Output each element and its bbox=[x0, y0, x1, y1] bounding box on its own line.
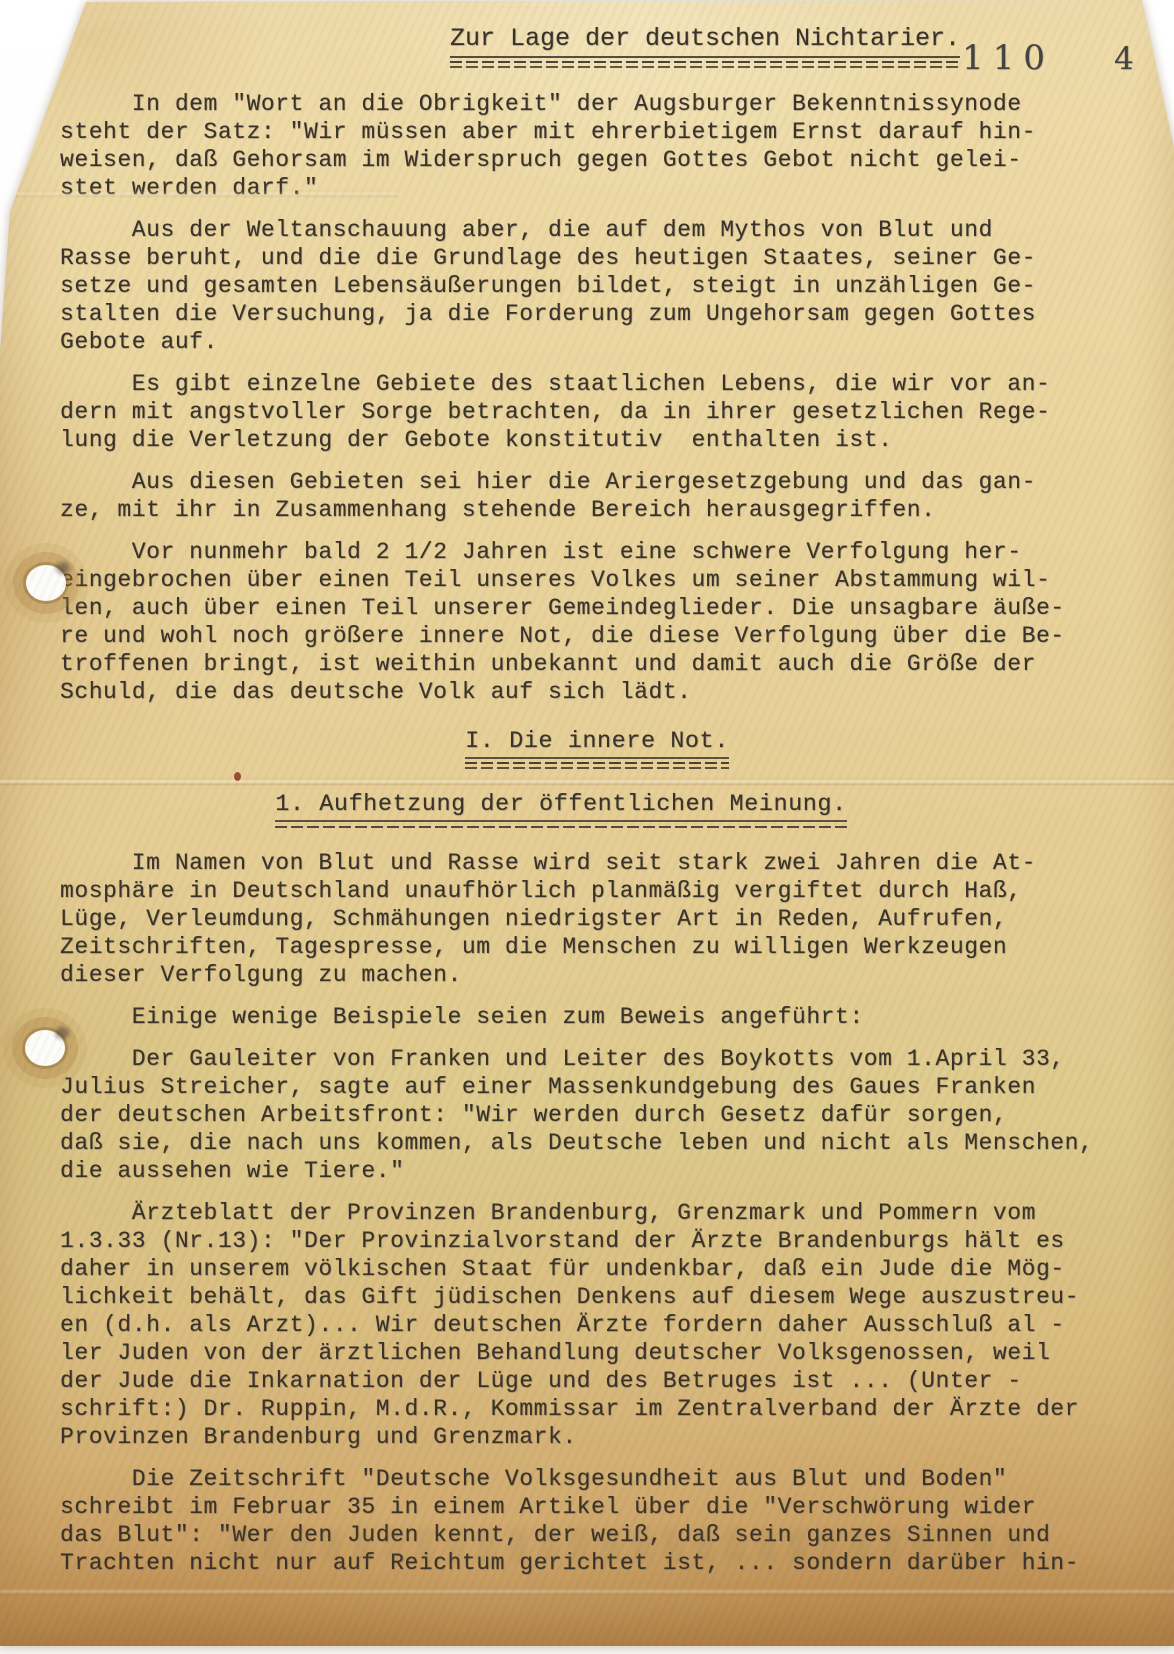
subsection-heading-dashes bbox=[275, 824, 846, 831]
page-number-stamp: 110 bbox=[962, 38, 1054, 78]
document-title: Zur Lage der deutschen Nichtarier. bbox=[450, 24, 960, 58]
document-title-block: Zur Lage der deutschen Nichtarier. bbox=[450, 24, 960, 70]
page-number: 4 bbox=[1114, 41, 1134, 77]
paragraph-body-5: Die Zeitschrift "Deutsche Volksgesundhei… bbox=[60, 1465, 1134, 1577]
punch-hole-bottom bbox=[25, 1030, 65, 1066]
red-ink-dot bbox=[234, 772, 241, 781]
paragraph-intro-5: Vor nunmehr bald 2 1/2 Jahren ist eine s… bbox=[60, 538, 1134, 706]
paragraph-intro-2: Aus der Weltanschauung aber, die auf dem… bbox=[60, 216, 1134, 356]
page-shadow-wrap: Zur Lage der deutschen Nichtarier. 110 4… bbox=[0, 0, 1174, 1654]
section-heading: I. Die innere Not. bbox=[465, 728, 729, 759]
subsection-heading: 1. Aufhetzung der öffentlichen Meinung. bbox=[275, 791, 846, 822]
paragraph-body-1: Im Namen von Blut und Rasse wird seit st… bbox=[60, 849, 1134, 989]
section-heading-dashes bbox=[465, 761, 729, 771]
paragraph-intro-4: Aus diesen Gebieten sei hier die Arierge… bbox=[60, 468, 1134, 524]
subsection-heading-block: 1. Aufhetzung der öffentlichen Meinung. bbox=[275, 791, 846, 831]
scan-background: Zur Lage der deutschen Nichtarier. 110 4… bbox=[0, 0, 1174, 1654]
red-ink-hatch-left-edge bbox=[6, 64, 29, 91]
paragraph-intro-3: Es gibt einzelne Gebiete des staatlichen… bbox=[60, 370, 1134, 454]
page-content: Zur Lage der deutschen Nichtarier. 110 4… bbox=[0, 0, 1174, 1646]
paragraph-body-3: Der Gauleiter von Franken und Leiter des… bbox=[60, 1045, 1134, 1185]
paragraph-intro-1: In dem "Wort an die Obrigkeit" der Augsb… bbox=[60, 90, 1134, 202]
paragraph-body-4: Ärzteblatt der Provinzen Brandenburg, Gr… bbox=[60, 1199, 1134, 1451]
document-page: Zur Lage der deutschen Nichtarier. 110 4… bbox=[0, 0, 1174, 1646]
punch-hole-top bbox=[26, 565, 66, 601]
section-heading-block: I. Die innere Not. bbox=[465, 728, 729, 771]
title-underline-dashes bbox=[450, 60, 960, 70]
paragraph-body-2: Einige wenige Beispiele seien zum Beweis… bbox=[60, 1003, 1134, 1031]
red-ink-streak-top-left bbox=[62, 4, 72, 35]
